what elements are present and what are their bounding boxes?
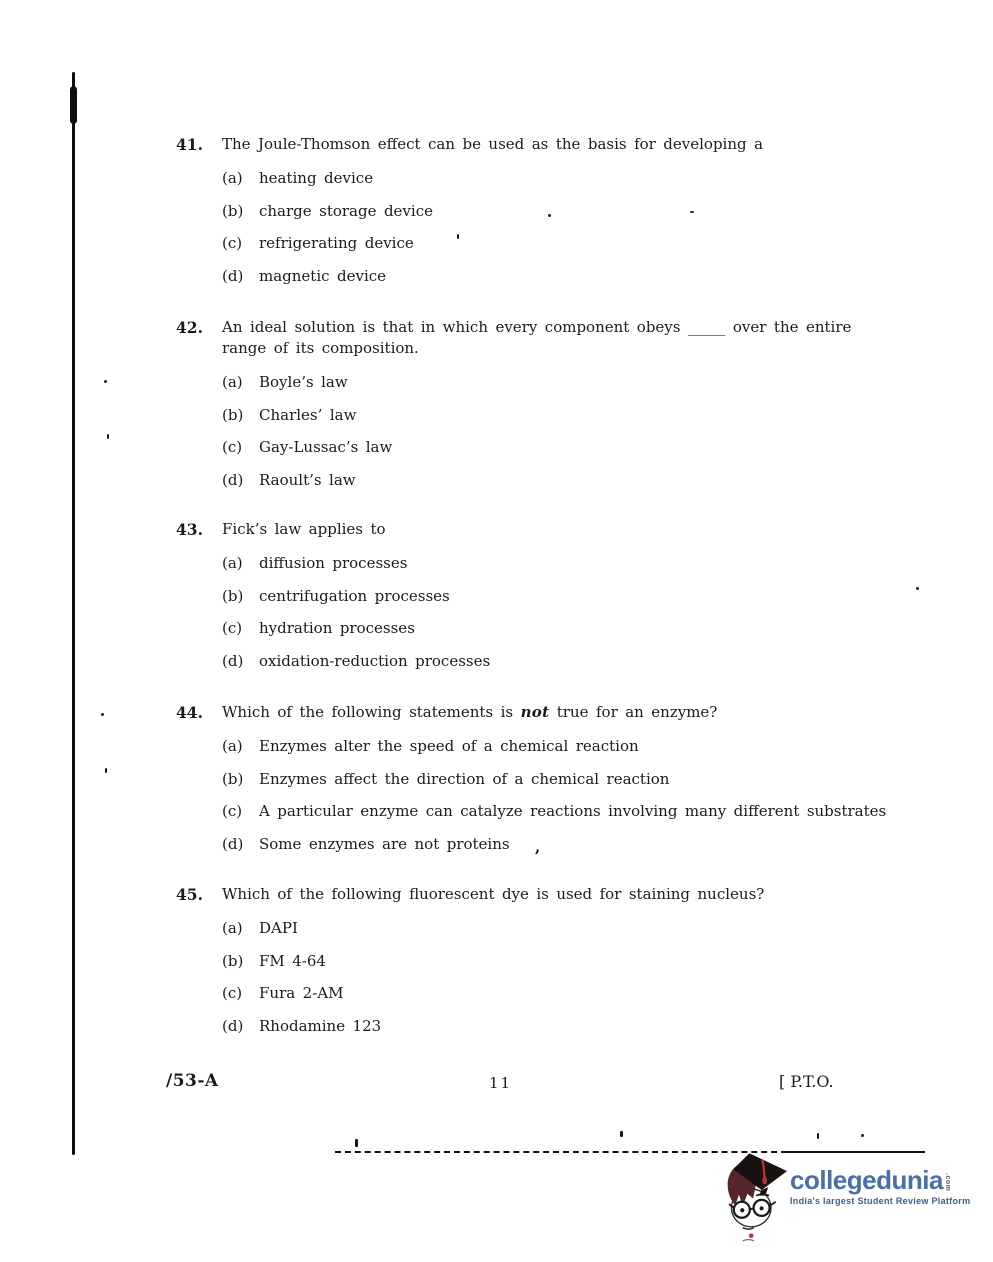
options-list: (a) DAPI (b) FM 4-64 (c) Fura 2-AM (d) R… <box>176 918 965 1036</box>
stem-text-before: Which of the following statements is <box>222 703 521 721</box>
option-label: (b) <box>222 586 259 606</box>
question-41: 41. The Joule-Thomson effect can be used… <box>176 134 965 298</box>
option-label: (c) <box>222 983 259 1003</box>
question-stem: An ideal solution is that in which every… <box>222 317 870 359</box>
option-row: (b) centrifugation processes <box>222 586 965 606</box>
option-label: (d) <box>222 651 259 671</box>
option-label: (c) <box>222 618 259 638</box>
option-text: Raoult’s law <box>259 470 356 490</box>
option-row: (c) refrigerating device <box>222 233 965 253</box>
option-label: (c) <box>222 801 259 821</box>
exam-paper-page: 41. The Joule-Thomson effect can be used… <box>0 0 993 1262</box>
option-row: (a) DAPI <box>222 918 965 938</box>
option-row: (a) Boyle’s law <box>222 372 965 392</box>
option-text: Fura 2-AM <box>259 983 343 1003</box>
collegedunia-logo: collegedunia .com India's largest Studen… <box>722 1152 970 1248</box>
option-row: (c) hydration processes <box>222 618 965 638</box>
scan-speck <box>861 1134 864 1137</box>
scan-speck <box>817 1133 819 1139</box>
scan-speck <box>690 211 694 213</box>
question-45: 45. Which of the following fluorescent d… <box>176 884 965 1048</box>
option-text: diffusion processes <box>259 553 407 573</box>
option-label: (c) <box>222 437 259 457</box>
pto-label: [ P.T.O. <box>779 1072 834 1091</box>
option-text: hydration processes <box>259 618 415 638</box>
option-label: (b) <box>222 201 259 221</box>
option-row: (a) diffusion processes <box>222 553 965 573</box>
option-text: heating device <box>259 168 373 188</box>
options-list: (a) heating device (b) charge storage de… <box>176 168 965 286</box>
scan-speck <box>107 434 109 439</box>
option-text: A particular enzyme can catalyze reactio… <box>259 801 886 821</box>
option-row: (b) charge storage device <box>222 201 965 221</box>
scan-speck: , <box>535 838 540 856</box>
option-text: oxidation-reduction processes <box>259 651 490 671</box>
question-44: 44. Which of the following statements is… <box>176 702 965 866</box>
option-row: (b) Enzymes affect the direction of a ch… <box>222 769 965 789</box>
option-label: (d) <box>222 470 259 490</box>
option-label: (d) <box>222 1016 259 1036</box>
option-label: (c) <box>222 233 259 253</box>
option-label: (a) <box>222 372 259 392</box>
binding-spine-line <box>72 72 75 1155</box>
option-text: magnetic device <box>259 266 386 286</box>
option-label: (a) <box>222 918 259 938</box>
scan-speck <box>620 1131 623 1137</box>
question-stem: Which of the following statements is not… <box>222 702 717 723</box>
option-label: (a) <box>222 553 259 573</box>
option-text: Enzymes alter the speed of a chemical re… <box>259 736 639 756</box>
option-row: (d) Rhodamine 123 <box>222 1016 965 1036</box>
option-text: refrigerating device <box>259 233 414 253</box>
option-row: (d) magnetic device <box>222 266 965 286</box>
stem-text-after: true for an enzyme? <box>549 703 717 721</box>
option-text: Gay-Lussac’s law <box>259 437 392 457</box>
option-text: Charles’ law <box>259 405 356 425</box>
option-label: (b) <box>222 951 259 971</box>
question-stem: The Joule-Thomson effect can be used as … <box>222 134 763 155</box>
question-number: 43. <box>176 519 222 540</box>
question-43: 43. Fick’s law applies to (a) diffusion … <box>176 519 965 683</box>
option-row: (c) Gay-Lussac’s law <box>222 437 965 457</box>
question-number: 45. <box>176 884 222 905</box>
bottom-rule-dashed <box>335 1151 787 1153</box>
options-list: (a) diffusion processes (b) centrifugati… <box>176 553 965 671</box>
scan-speck <box>105 768 107 773</box>
scan-speck <box>916 587 919 590</box>
brand-tagline: India's largest Student Review Platform <box>790 1196 970 1206</box>
option-row: (d) Some enzymes are not proteins <box>222 834 965 854</box>
stem-emphasis: not <box>521 703 550 721</box>
question-stem: Fick’s law applies to <box>222 519 386 540</box>
binding-spine-blot <box>70 86 77 124</box>
logo-text-block: collegedunia .com India's largest Studen… <box>790 1166 970 1206</box>
option-row: (c) A particular enzyme can catalyze rea… <box>222 801 965 821</box>
brand-wordmark: collegedunia <box>790 1166 943 1194</box>
option-label: (a) <box>222 168 259 188</box>
option-row: (b) Charles’ law <box>222 405 965 425</box>
page-number: 11 <box>489 1074 512 1092</box>
option-text: Some enzymes are not proteins <box>259 834 510 854</box>
scan-speck <box>101 713 104 716</box>
scan-speck <box>548 214 551 217</box>
option-row: (b) FM 4-64 <box>222 951 965 971</box>
option-text: charge storage device <box>259 201 433 221</box>
scan-speck <box>104 380 107 383</box>
option-row: (a) Enzymes alter the speed of a chemica… <box>222 736 965 756</box>
option-label: (d) <box>222 266 259 286</box>
option-text: Boyle’s law <box>259 372 348 392</box>
option-row: (a) heating device <box>222 168 965 188</box>
option-label: (d) <box>222 834 259 854</box>
option-text: FM 4-64 <box>259 951 326 971</box>
option-label: (b) <box>222 769 259 789</box>
brand-suffix: .com <box>944 1173 951 1191</box>
option-row: (d) Raoult’s law <box>222 470 965 490</box>
scan-speck <box>457 234 459 239</box>
question-number: 44. <box>176 702 222 723</box>
booklet-code: /53-A <box>166 1071 219 1091</box>
option-text: Rhodamine 123 <box>259 1016 381 1036</box>
options-list: (a) Enzymes alter the speed of a chemica… <box>176 736 965 854</box>
option-row: (c) Fura 2-AM <box>222 983 965 1003</box>
collegedunia-mascot-icon <box>722 1152 788 1248</box>
question-number: 42. <box>176 317 222 359</box>
option-text: centrifugation processes <box>259 586 450 606</box>
question-number: 41. <box>176 134 222 155</box>
option-text: DAPI <box>259 918 298 938</box>
scan-speck <box>355 1139 358 1147</box>
options-list: (a) Boyle’s law (b) Charles’ law (c) Gay… <box>176 372 965 490</box>
question-stem: Which of the following fluorescent dye i… <box>222 884 764 905</box>
option-text: Enzymes affect the direction of a chemic… <box>259 769 669 789</box>
option-label: (a) <box>222 736 259 756</box>
question-42: 42. An ideal solution is that in which e… <box>176 317 965 502</box>
option-row: (d) oxidation-reduction processes <box>222 651 965 671</box>
option-label: (b) <box>222 405 259 425</box>
